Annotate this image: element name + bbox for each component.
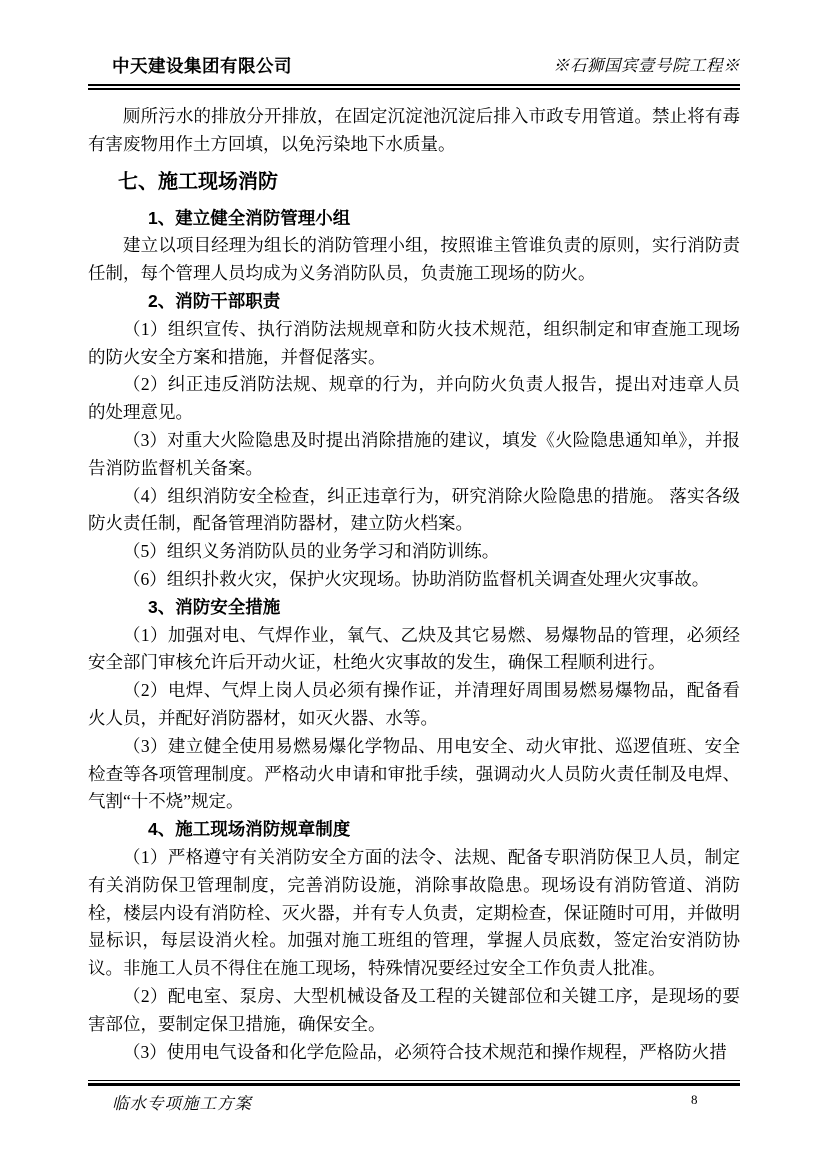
paragraph: （3）使用电气设备和化学危险品，必须符合技术规范和操作规程，严格防火措 — [88, 1039, 740, 1067]
footer-rule — [88, 1080, 740, 1086]
paragraph: （1）加强对电、气焊作业，氧气、乙炔及其它易燃、易爆物品的管理，必须经 安全部门… — [88, 622, 740, 678]
paragraph: （2）纠正违反消防法规、规章的行为，并向防火负责人报告，提出对违章人员的处理意见… — [88, 371, 740, 427]
paragraph: （3）对重大火险隐患及时提出消除措施的建议，填发《火险隐患通知单》，并报告消防监… — [88, 427, 740, 483]
header-project-name: ※石狮国宾壹号院工程※ — [553, 54, 740, 78]
paragraph-intro: 厕所污水的排放分开排放，在固定沉淀池沉淀后排入市政专用管道。禁止将有毒有害废物用… — [88, 103, 740, 159]
paragraph: （3）建立健全使用易燃易爆化学物品、用电安全、动火审批、巡逻值班、安全检查等各项… — [88, 733, 740, 816]
page-footer: 临水专项施工方案 8 — [88, 1080, 740, 1114]
paragraph: （1）组织宣传、执行消防法规规章和防火技术规范，组织制定和审查施工现场的防火安全… — [88, 316, 740, 372]
section-3-title: 3、消防安全措施 — [88, 594, 740, 622]
paragraph: （1）严格遵守有关消防安全方面的法令、法规、配备专职消防保卫人员，制定有关消防保… — [88, 844, 740, 983]
page-header: 中天建设集团有限公司 ※石狮国宾壹号院工程※ — [88, 54, 740, 90]
footer-page-number: 8 — [691, 1092, 698, 1108]
paragraph: （6）组织扑救火灾，保护火灾现场。协助消防监督机关调查处理火灾事故。 — [88, 566, 740, 594]
section-2-title: 2、消防干部职责 — [88, 288, 740, 316]
paragraph: （2）配电室、泵房、大型机械设备及工程的关键部位和关键工序，是现场的要害部位，要… — [88, 983, 740, 1039]
document-body: 厕所污水的排放分开排放，在固定沉淀池沉淀后排入市政专用管道。禁止将有毒有害废物用… — [88, 103, 740, 1066]
chapter-title: 七、施工现场消防 — [88, 167, 740, 197]
header-row: 中天建设集团有限公司 ※石狮国宾壹号院工程※ — [88, 54, 740, 78]
paragraph: （4）组织消防安全检查，纠正违章行为，研究消除火险隐患的措施。 落实各级防火责任… — [88, 483, 740, 539]
section-4-title: 4、施工现场消防规章制度 — [88, 816, 740, 844]
header-rule — [88, 84, 740, 90]
paragraph: 建立以项目经理为组长的消防管理小组，按照谁主管谁负责的原则，实行消防责任制，每个… — [88, 232, 740, 288]
header-company-name: 中天建设集团有限公司 — [88, 54, 292, 78]
paragraph: （5）组织义务消防队员的业务学习和消防训练。 — [88, 538, 740, 566]
footer-doc-title: 临水专项施工方案 — [112, 1090, 252, 1114]
document-page: 中天建设集团有限公司 ※石狮国宾壹号院工程※ 厕所污水的排放分开排放，在固定沉淀… — [0, 0, 826, 1169]
section-1-title: 1、建立健全消防管理小组 — [88, 205, 740, 233]
footer-row: 临水专项施工方案 8 — [88, 1090, 740, 1114]
paragraph: （2）电焊、气焊上岗人员必须有操作证，并清理好周围易燃易爆物品，配备看火人员，并… — [88, 677, 740, 733]
